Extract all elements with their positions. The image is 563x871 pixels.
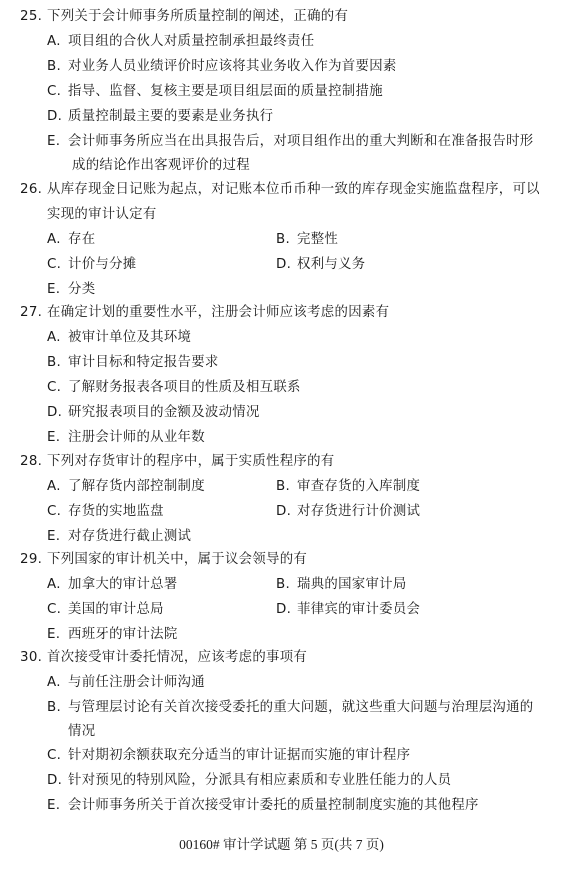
option-letter: E.: [47, 624, 60, 646]
option-text: 会计师事务所应当在出具报告后，对项目组作出的重大判断和在准备报告时形: [68, 131, 533, 153]
option-letter: B.: [276, 476, 290, 498]
option-text: 对存货进行计价测试: [297, 501, 420, 523]
question-stem-line: 29. 下列国家的审计机关中，属于议会领导的有: [0, 549, 563, 571]
option-text: 审计目标和特定报告要求: [68, 352, 219, 374]
question-stem-line: 28. 下列对存货审计的程序中，属于实质性程序的有: [0, 451, 563, 473]
option-letter: A.: [47, 672, 61, 694]
option-text: 质量控制最主要的要素是业务执行: [68, 106, 273, 128]
option-text: 美国的审计总局: [68, 599, 164, 621]
question-stem: 实现的审计认定有: [47, 204, 157, 226]
option-text: 与前任注册会计师沟通: [68, 672, 205, 694]
option-text: 会计师事务所关于首次接受审计委托的质量控制制度实施的其他程序: [68, 795, 479, 817]
option-text: 项目组的合伙人对质量控制承担最终责任: [68, 31, 314, 53]
option-text: 了解财务报表各项目的性质及相互联系: [68, 377, 301, 399]
question-stem: 从库存现金日记账为起点，对记账本位币币种一致的库存现金实施监盘程序，可以: [47, 179, 540, 201]
question-stem-line: 27. 在确定计划的重要性水平，注册会计师应该考虑的因素有: [0, 302, 563, 324]
option-text: 针对期初余额获取充分适当的审计证据而实施的审计程序: [68, 745, 410, 767]
option-letter: C.: [47, 501, 61, 523]
option-text: 瑞典的国家审计局: [297, 574, 407, 596]
option-text: 对存货进行截止测试: [68, 526, 191, 548]
option-letter: C.: [47, 377, 61, 399]
option-text: 了解存货内部控制制度: [68, 476, 205, 498]
option-letter: A.: [47, 574, 61, 596]
page-footer: 00160# 审计学试题 第 5 页(共 7 页): [0, 835, 563, 855]
option-letter: E.: [47, 427, 60, 449]
option-text: 成的结论作出客观评价的过程: [72, 155, 250, 177]
question-stem-line: 26. 从库存现金日记账为起点，对记账本位币币种一致的库存现金实施监盘程序，可以: [0, 179, 563, 201]
option-text: 审查存货的入库制度: [297, 476, 420, 498]
option-letter: A.: [47, 31, 61, 53]
option-letter: E.: [47, 526, 60, 548]
question-number: 28.: [20, 451, 42, 473]
option-letter: E.: [47, 131, 60, 153]
question-stem: 在确定计划的重要性水平，注册会计师应该考虑的因素有: [47, 302, 389, 324]
option-letter: B.: [276, 574, 290, 596]
question-stem: 下列关于会计师事务所质量控制的阐述，正确的有: [47, 6, 348, 28]
option-text: 被审计单位及其环境: [68, 327, 191, 349]
option-text: 存在: [68, 229, 95, 251]
option-letter: A.: [47, 327, 61, 349]
option-letter: D.: [276, 599, 291, 621]
option-text: 权利与义务: [297, 254, 365, 276]
question-number: 26.: [20, 179, 42, 201]
question-number: 25.: [20, 6, 42, 28]
exam-page: 25. 下列关于会计师事务所质量控制的阐述，正确的有 A. 项目组的合伙人对质量…: [0, 0, 563, 871]
option-letter: B.: [47, 697, 61, 719]
option-letter: B.: [276, 229, 290, 251]
option-text: 对业务人员业绩评价时应该将其业务收入作为首要因素: [68, 56, 397, 78]
option-text: 分类: [68, 279, 95, 301]
option-text: 计价与分摊: [68, 254, 136, 276]
question-stem: 下列对存货审计的程序中，属于实质性程序的有: [47, 451, 335, 473]
option-text: 完整性: [297, 229, 338, 251]
option-letter: B.: [47, 352, 61, 374]
option-text: 针对预见的特别风险，分派具有相应素质和专业胜任能力的人员: [68, 770, 451, 792]
option-letter: D.: [47, 402, 62, 424]
option-letter: D.: [276, 254, 291, 276]
option-text: 注册会计师的从业年数: [68, 427, 205, 449]
option-letter: D.: [276, 501, 291, 523]
option-letter: C.: [47, 81, 61, 103]
option-text: 情况: [68, 721, 95, 743]
option-letter: C.: [47, 254, 61, 276]
option-letter: A.: [47, 229, 61, 251]
question-number: 30.: [20, 647, 42, 669]
question-stem: 下列国家的审计机关中，属于议会领导的有: [47, 549, 307, 571]
option-letter: A.: [47, 476, 61, 498]
option-letter: E.: [47, 279, 60, 301]
option-text: 与管理层讨论有关首次接受委托的重大问题，就这些重大问题与治理层沟通的: [68, 697, 533, 719]
question-stem-line: 30. 首次接受审计委托情况，应该考虑的事项有: [0, 647, 563, 669]
question-stem: 首次接受审计委托情况，应该考虑的事项有: [47, 647, 307, 669]
question-number: 27.: [20, 302, 42, 324]
option-letter: E.: [47, 795, 60, 817]
question-number: 29.: [20, 549, 42, 571]
option-letter: B.: [47, 56, 61, 78]
option-text: 指导、监督、复核主要是项目组层面的质量控制措施: [68, 81, 383, 103]
option-text: 加拿大的审计总署: [68, 574, 178, 596]
option-letter: C.: [47, 745, 61, 767]
option-text: 存货的实地监盘: [68, 501, 164, 523]
option-letter: D.: [47, 770, 62, 792]
option-letter: D.: [47, 106, 62, 128]
option-text: 西班牙的审计法院: [68, 624, 178, 646]
option-text: 菲律宾的审计委员会: [297, 599, 420, 621]
option-text: 研究报表项目的金额及波动情况: [68, 402, 260, 424]
option-letter: C.: [47, 599, 61, 621]
question-stem-line: 25. 下列关于会计师事务所质量控制的阐述，正确的有: [0, 6, 563, 28]
